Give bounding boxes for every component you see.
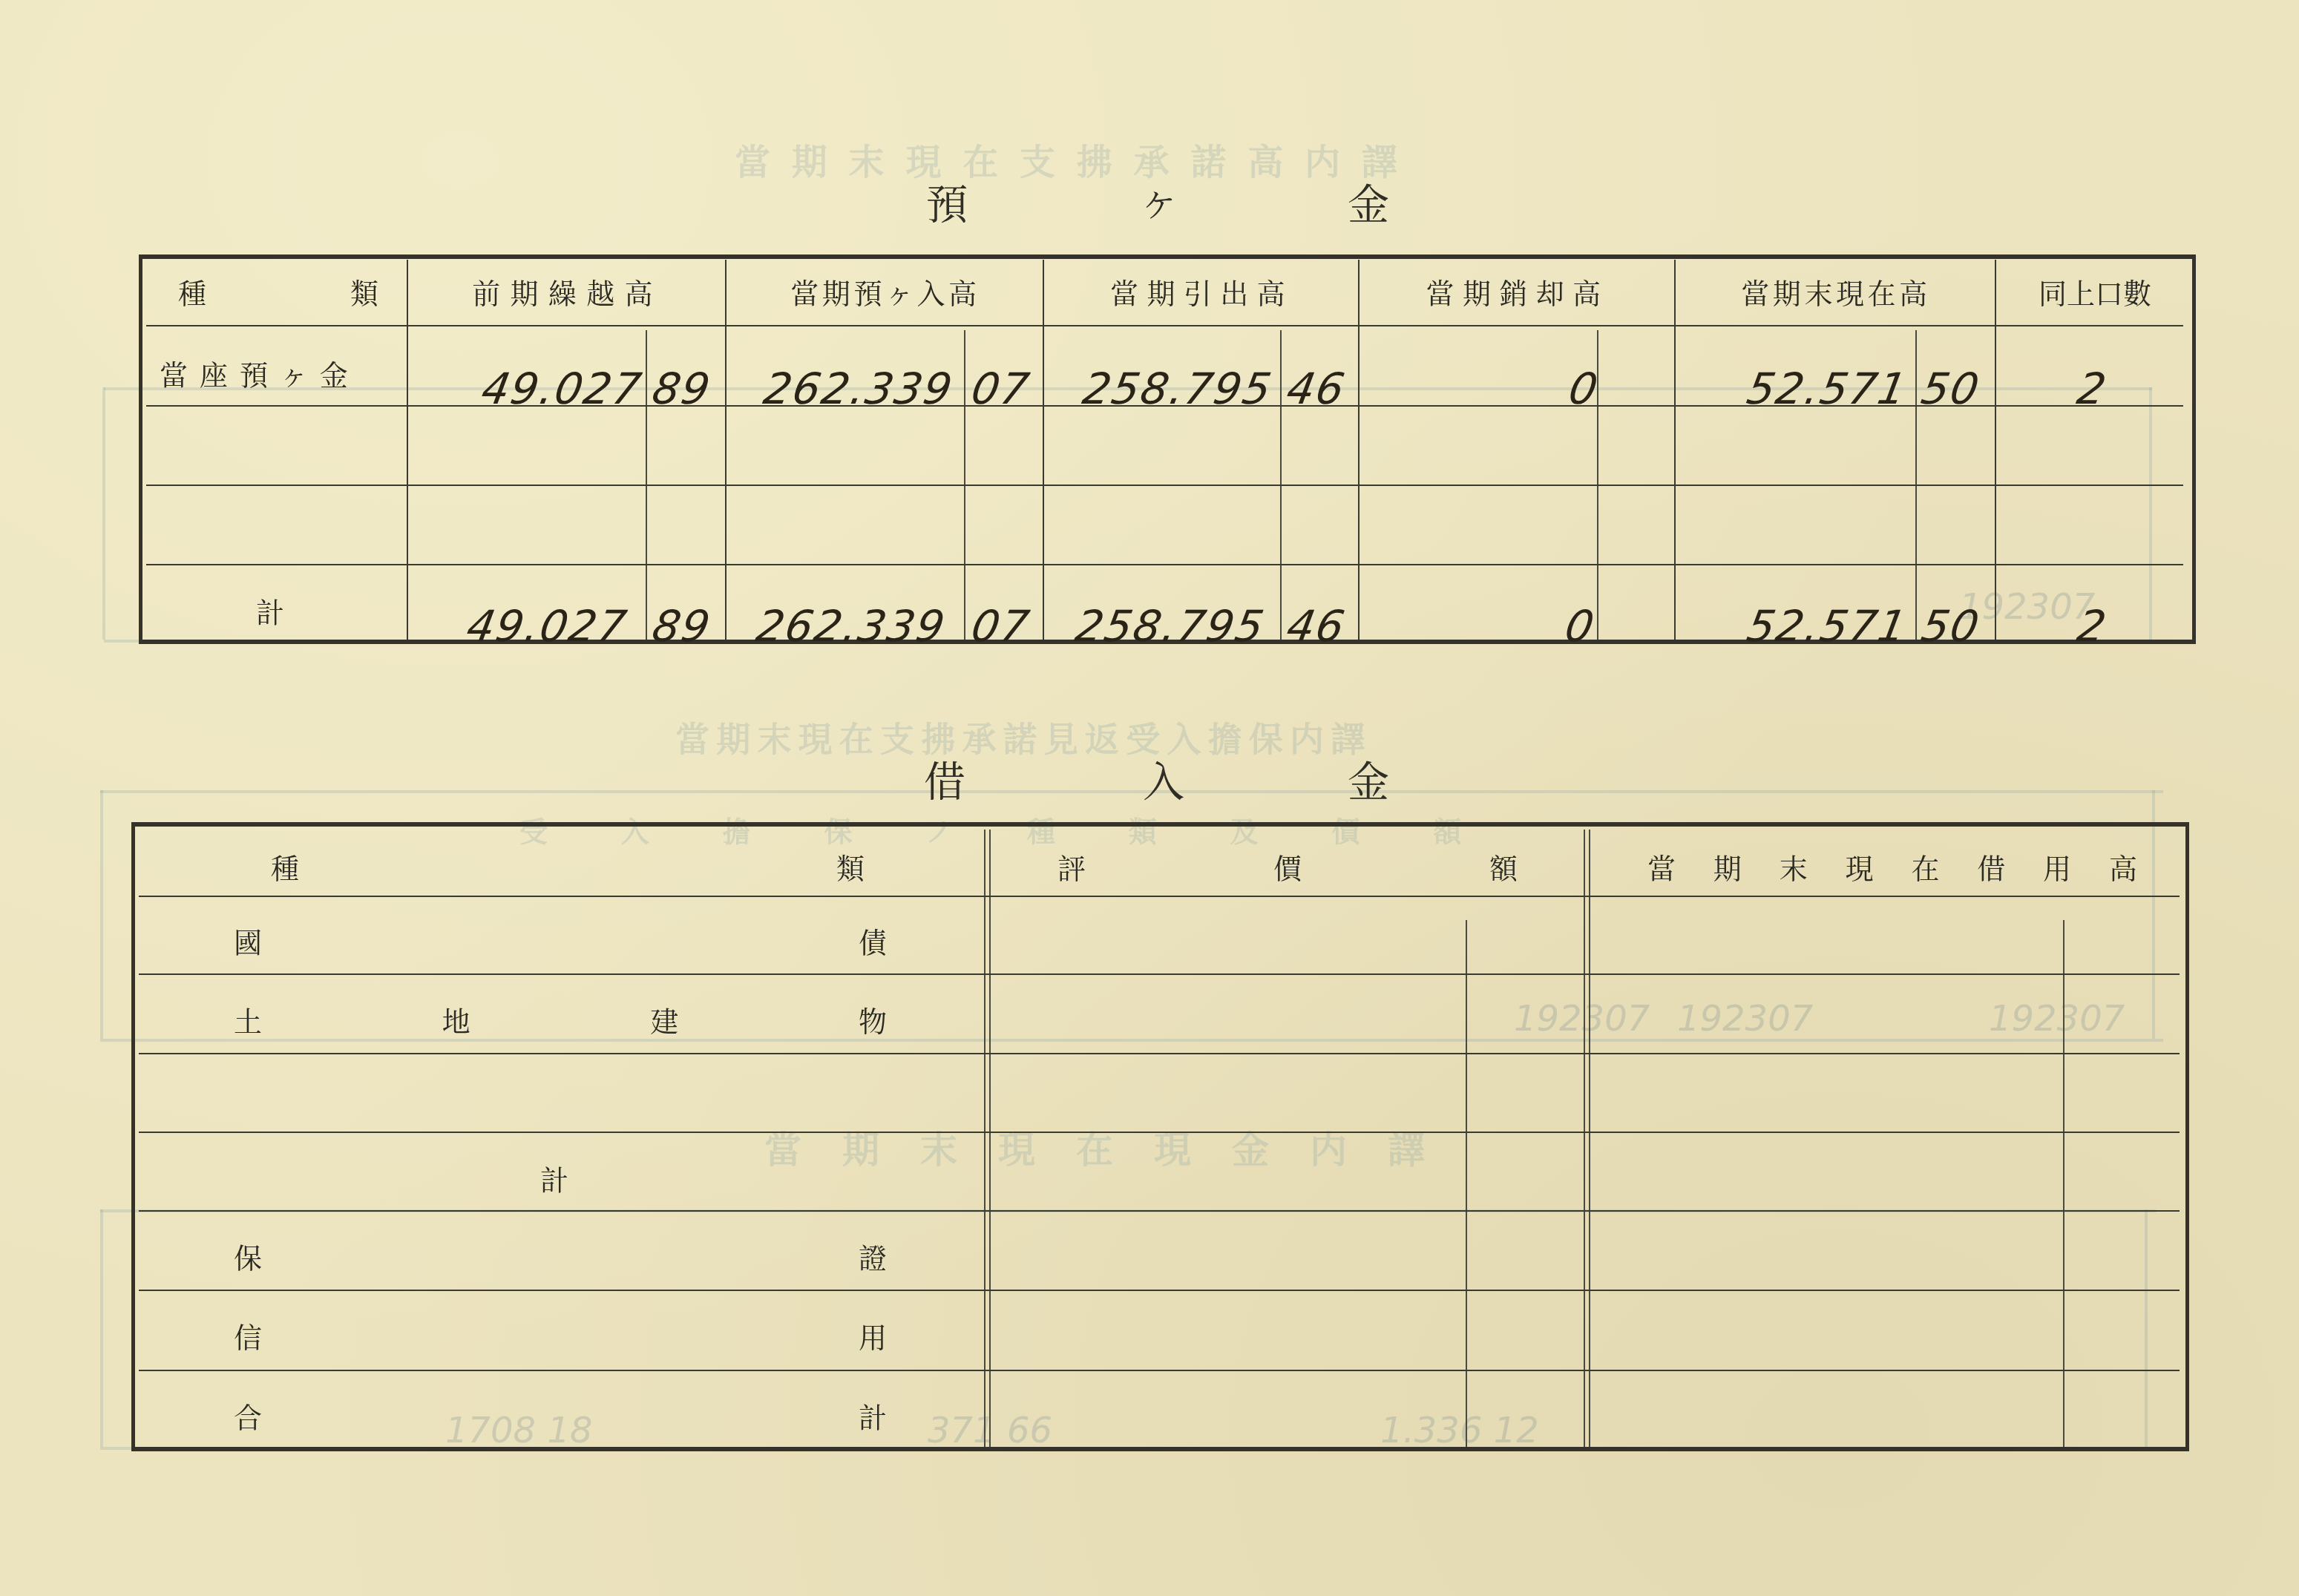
total-label: 計 <box>256 590 284 631</box>
bleed-through-handwriting: 192307 <box>1677 998 1813 1040</box>
carried-forward-sen: 89 <box>649 364 715 414</box>
balance-sen: 50 <box>1918 364 1984 414</box>
total-balance-sen: 50 <box>1918 601 1984 651</box>
deposits-title-char: 金 <box>1348 172 1389 231</box>
row-label-land-buildings: 土 地 建 物 <box>234 999 887 1040</box>
bleed-through-title-top: 當期末現在支拂承諾高内譯 <box>735 134 1419 185</box>
bleed-through-title-middle: 當期末現在支拂承諾見返受入擔保内譯 <box>675 712 1371 761</box>
row-label-grand-total: 合 計 <box>234 1395 887 1436</box>
column-header-type: 種 類 <box>271 846 865 887</box>
column-header-deposited: 當期預ヶ入高 <box>728 271 1043 312</box>
deposited-sen: 07 <box>968 364 1034 414</box>
bleed-through-collateral-header: 受入擔保ノ種類及價額 <box>519 809 1535 850</box>
total-deposited-yen: 262.339 <box>752 601 950 651</box>
row-label: 當座預ヶ金 <box>160 352 360 393</box>
withdrawn-yen: 258.795 <box>1079 364 1276 414</box>
row-label-government-bonds: 國 債 <box>234 920 887 961</box>
column-header-withdrawn: 當期引出高 <box>1046 271 1358 312</box>
borrowings-title-char: 借 <box>924 749 965 809</box>
total-withdrawn-yen: 258.795 <box>1072 601 1269 651</box>
total-deposited-sen: 07 <box>968 601 1034 651</box>
row-label-credit: 信 用 <box>234 1315 887 1356</box>
bleed-through-handwriting: 192307 <box>1514 998 1650 1040</box>
bleed-through-handwriting: 192307 <box>1989 998 2125 1040</box>
bleed-through-handwriting: 1.336 12 <box>1380 1410 1539 1451</box>
total-balance-yen: 52.571 <box>1743 601 1912 651</box>
total-carried-forward-sen: 89 <box>649 601 715 651</box>
withdrawn-sen: 46 <box>1283 364 1350 414</box>
deposits-title-char: ケ <box>1143 180 1175 227</box>
column-header-balance: 當 期 末 現 在 借 用 高 <box>1647 846 2137 887</box>
bleed-through-title-lower: 當期末現在現金内譯 <box>764 1120 1466 1174</box>
carried-forward-yen: 49.027 <box>478 364 646 414</box>
borrowings-title-char: 金 <box>1348 749 1389 809</box>
borrowings-title-char: 入 <box>1143 749 1184 809</box>
column-header-type: 種 類 <box>178 271 378 312</box>
column-header-balance: 當期末現在高 <box>1677 271 1995 312</box>
balance-yen: 52.571 <box>1743 364 1912 414</box>
deposited-yen: 262.339 <box>760 364 957 414</box>
deposits-title-char: 預 <box>926 172 968 231</box>
column-header-accounts: 同上口數 <box>1998 271 2192 312</box>
total-carried-forward-yen: 49.027 <box>463 601 632 651</box>
total-withdrawn-sen: 46 <box>1283 601 1350 651</box>
column-header-carried-forward: 前期繰越高 <box>410 271 725 312</box>
column-header-written-off: 當期銷却高 <box>1361 271 1674 312</box>
row-label-subtotal: 計 <box>540 1157 568 1198</box>
row-label-guarantee: 保 證 <box>234 1235 887 1276</box>
column-header-valuation: 評 價 額 <box>1057 846 1518 887</box>
